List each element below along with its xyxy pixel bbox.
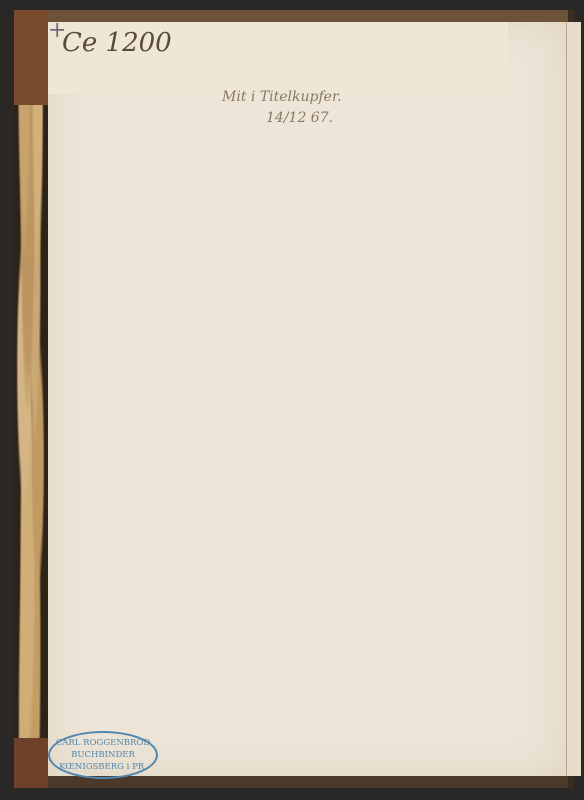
handwritten-note-date: 14/12 67. xyxy=(266,110,333,126)
marbled-spine-edge xyxy=(14,10,48,788)
leather-corner-top xyxy=(14,10,48,105)
top-edge xyxy=(48,10,568,22)
pastedown-page xyxy=(48,22,566,776)
bottom-edge xyxy=(48,776,568,788)
flyleaf-edge xyxy=(566,22,581,776)
stamp-line2: BUCHBINDER xyxy=(50,749,156,761)
stamp-line1: CARL ROGGENBROD xyxy=(50,737,156,749)
handwritten-note-line1: Mit i Titelkupfer. xyxy=(222,89,342,105)
shelfmark: Ce 1200 xyxy=(62,28,172,58)
binder-stamp: CARL ROGGENBROD BUCHBINDER KŒNIGSBERG i … xyxy=(48,731,158,779)
leather-corner-bottom xyxy=(14,738,48,788)
stamp-line3: KŒNIGSBERG i PR. xyxy=(50,761,156,773)
